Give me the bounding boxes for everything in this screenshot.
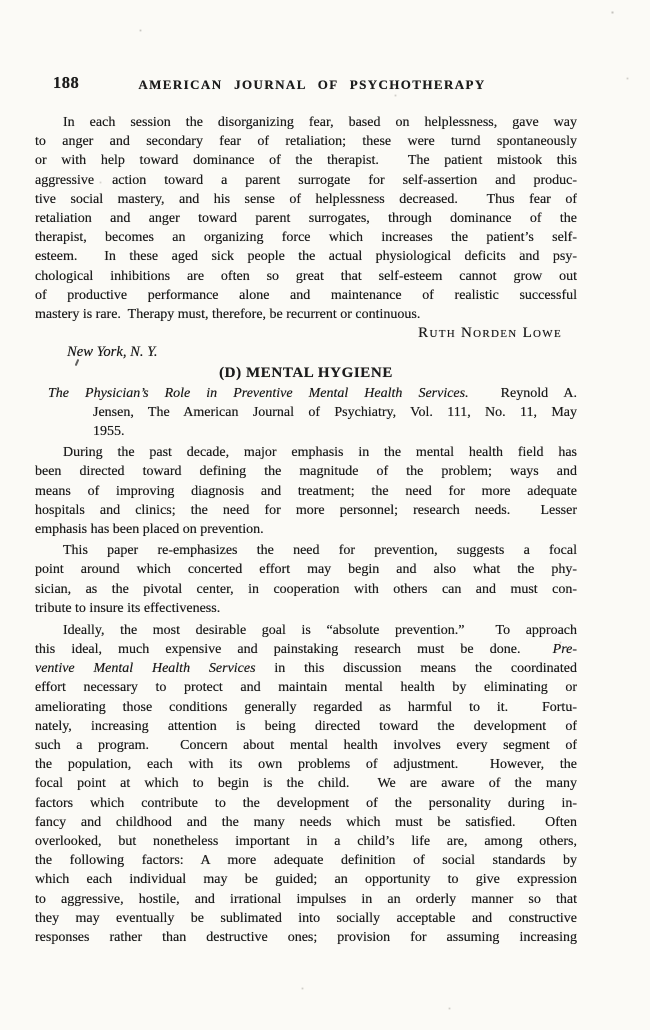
text-segment: the following factors: A more adequate d… <box>35 853 577 868</box>
author-location: New York, N. Y. <box>35 343 577 362</box>
text-segment: Reynold A. <box>469 386 577 401</box>
text-line: of productive performance alone and main… <box>35 286 577 305</box>
section-heading: (D) MENTAL HYGIENE <box>35 364 577 383</box>
text-segment: this ideal, much expensive and painstaki… <box>35 642 553 657</box>
text-line: to aggressive, hostile, and irrational i… <box>35 890 577 909</box>
text-line: emphasis has been placed on prevention. <box>35 520 577 539</box>
text-line: esteem. In these aged sick people the ac… <box>35 247 577 266</box>
text-line: ventive Mental Health Services in this d… <box>35 659 577 678</box>
text-line: retaliation and anger toward parent surr… <box>35 209 577 228</box>
text-line: they may eventually be sublimated into s… <box>35 909 577 928</box>
text-segment: the population, each with its own proble… <box>35 757 577 772</box>
text-line: to anger and secondary fear of retaliati… <box>35 132 577 151</box>
text-segment: point around which concerted effort may … <box>35 562 577 577</box>
text-segment: responses rather than destructive ones; … <box>35 930 577 945</box>
text-segment: esteem. In these aged sick people the ac… <box>35 249 577 264</box>
text-segment: ameliorating those conditions generally … <box>35 700 577 715</box>
text-segment: effort necessary to protect and maintain… <box>35 680 577 695</box>
text-line: In each session the disorganizing fear, … <box>35 113 577 132</box>
text-line: nately, increasing attention is being di… <box>35 717 577 736</box>
text-line: 1955. <box>35 422 577 441</box>
text-line: During the past decade, major emphasis i… <box>35 443 577 462</box>
text-segment: hospitals and clinics; the need for more… <box>35 503 577 518</box>
text-segment: 1955. <box>93 424 125 439</box>
text-segment: This paper re-emphasizes the need for pr… <box>63 543 577 558</box>
text-line: factors which contribute to the developm… <box>35 794 577 813</box>
text-segment: sician, as the pivotal center, in cooper… <box>35 582 577 597</box>
text-line: been directed toward defining the magnit… <box>35 462 577 481</box>
text-line: tribute to insure its effectiveness. <box>35 599 577 618</box>
text-segment: in this discussion means the coordinated <box>256 661 577 676</box>
text-line: Ideally, the most desirable goal is “abs… <box>35 621 577 640</box>
text-line: point around which concerted effort may … <box>35 560 577 579</box>
text-line: chological inhibitions are often so grea… <box>35 267 577 286</box>
text-segment: During the past decade, major emphasis i… <box>63 445 577 460</box>
text-segment: they may eventually be sublimated into s… <box>35 911 577 926</box>
text-segment: In each session the disorganizing fear, … <box>63 115 577 130</box>
text-line: ameliorating those conditions generally … <box>35 698 577 717</box>
text-line: fancy and childhood and the many needs w… <box>35 813 577 832</box>
text-segment: to aggressive, hostile, and irrational i… <box>35 892 577 907</box>
text-segment: retaliation and anger toward parent surr… <box>35 211 577 226</box>
text-segment: emphasis has been placed on prevention. <box>35 522 264 537</box>
text-segment: been directed toward defining the magnit… <box>35 464 577 479</box>
text-line: sician, as the pivotal center, in cooper… <box>35 580 577 599</box>
text-line: This paper re-emphasizes the need for pr… <box>35 541 577 560</box>
text-segment: to anger and secondary fear of retaliati… <box>35 134 577 149</box>
page-header: 188 AMERICAN JOURNAL OF PSYCHOTHERAPY <box>35 76 577 93</box>
text-segment: mastery is rare. Therapy must, therefore… <box>35 307 420 322</box>
text-segment: therapist, becomes an organizing force w… <box>35 230 577 245</box>
journal-page: 188 AMERICAN JOURNAL OF PSYCHOTHERAPY In… <box>0 0 650 1030</box>
text-line: effort necessary to protect and maintain… <box>35 678 577 697</box>
scan-speckles <box>0 0 1 1</box>
text-segment: such a program. Concern about mental hea… <box>35 738 577 753</box>
text-segment: aggressive action toward a parent surrog… <box>35 173 577 188</box>
text-line: The Physician’s Role in Preventive Menta… <box>35 384 577 403</box>
text-segment: Jensen, The American Journal of Psychiat… <box>93 405 577 420</box>
text-segment: Ideally, the most desirable goal is “abs… <box>63 623 577 638</box>
text-segment: The Physician’s Role in Preventive Menta… <box>48 386 469 401</box>
text-segment: Pre- <box>553 642 577 657</box>
text-line: hospitals and clinics; the need for more… <box>35 501 577 520</box>
paragraph-thesis: This paper re-emphasizes the need for pr… <box>35 541 577 618</box>
citation-block: The Physician’s Role in Preventive Menta… <box>35 384 577 442</box>
text-line: mastery is rare. Therapy must, therefore… <box>35 305 577 324</box>
text-line: this ideal, much expensive and painstaki… <box>35 640 577 659</box>
text-line: the following factors: A more adequate d… <box>35 851 577 870</box>
text-line: aggressive action toward a parent surrog… <box>35 171 577 190</box>
text-line: which each individual may be guided; an … <box>35 870 577 889</box>
text-line: or with help toward dominance of the the… <box>35 151 577 170</box>
text-segment: means of improving diagnosis and treatme… <box>35 484 577 499</box>
text-line: overlooked, but nonetheless important in… <box>35 832 577 851</box>
text-segment: focal point at which to begin is the chi… <box>35 776 577 791</box>
text-line: therapist, becomes an organizing force w… <box>35 228 577 247</box>
text-segment: factors which contribute to the developm… <box>35 796 577 811</box>
text-line: Jensen, The American Journal of Psychiat… <box>35 403 577 422</box>
running-head: AMERICAN JOURNAL OF PSYCHOTHERAPY <box>41 76 583 93</box>
text-segment: tive social mastery, and his sense of he… <box>35 192 577 207</box>
text-segment: of productive performance alone and main… <box>35 288 577 303</box>
text-segment: chological inhibitions are often so grea… <box>35 269 577 284</box>
text-segment: nately, increasing attention is being di… <box>35 719 577 734</box>
text-line: means of improving diagnosis and treatme… <box>35 482 577 501</box>
text-segment: overlooked, but nonetheless important in… <box>35 834 577 849</box>
text-segment: which each individual may be guided; an … <box>35 872 577 887</box>
text-segment: or with help toward dominance of the the… <box>35 153 577 168</box>
paragraph-lowe-abstract: In each session the disorganizing fear, … <box>35 113 577 324</box>
text-line: tive social mastery, and his sense of he… <box>35 190 577 209</box>
text-line: the population, each with its own proble… <box>35 755 577 774</box>
author-signature: Ruth Norden Lowe <box>35 324 577 343</box>
paragraph-overview: During the past decade, major emphasis i… <box>35 443 577 539</box>
text-line: such a program. Concern about mental hea… <box>35 736 577 755</box>
text-line: focal point at which to begin is the chi… <box>35 774 577 793</box>
text-segment: ventive Mental Health Services <box>35 661 256 676</box>
text-segment: tribute to insure its effectiveness. <box>35 601 220 616</box>
text-segment: fancy and childhood and the many needs w… <box>35 815 577 830</box>
paragraph-prevention: Ideally, the most desirable goal is “abs… <box>35 621 577 947</box>
text-line: responses rather than destructive ones; … <box>35 928 577 947</box>
